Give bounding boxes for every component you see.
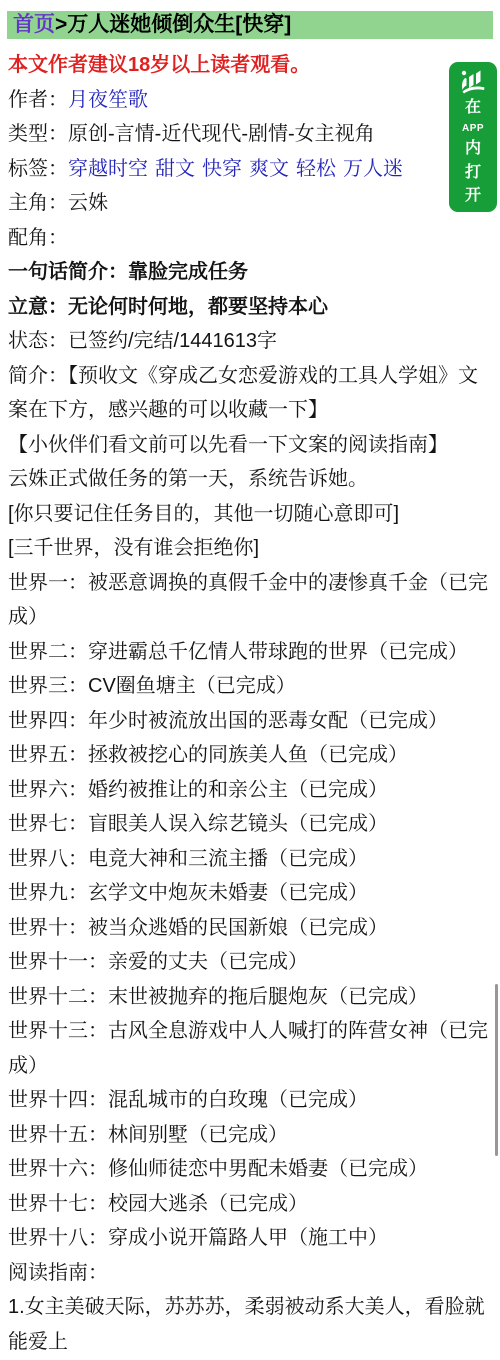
world-item: 世界十六：修仙师徒恋中男配未婚妻（已完成） [8,1152,492,1187]
open-in-app-label-char: 开 [465,188,481,204]
intro-opening: 简介：【预收文《穿成乙女恋爱游戏的工具人学姐》文案在下方，感兴趣的可以收藏一下】 [8,359,492,428]
tag-link[interactable]: 轻松 [296,158,336,180]
author-row: 作者：月夜笙歌 [8,83,492,118]
protagonist-row: 主角：云姝 [8,186,492,221]
world-item: 世界十五：林间别墅（已完成） [8,1118,492,1153]
world-item: 世界十：被当众逃婚的民国新娘（已完成） [8,911,492,946]
intro-paragraph: [你只要记住任务目的，其他一切随心意即可] [8,497,492,532]
intro-paragraph: [三千世界，没有谁会拒绝你] [8,531,492,566]
reading-guide-list: 1.女主美破天际，苏苏苏，柔弱被动系大美人，看脸就能爱上 [8,1290,492,1359]
type-label: 类型： [8,123,68,145]
one-line-summary-value: 靠脸完成任务 [128,261,248,283]
breadcrumb-separator: > [55,13,67,36]
supporting-label: 配角： [8,227,68,249]
status-label: 状态： [8,330,68,352]
world-item: 世界十四：混乱城市的白玫瑰（已完成） [8,1083,492,1118]
intro-paragraph: 云姝正式做任务的第一天，系统告诉她。 [8,462,492,497]
tag-link[interactable]: 穿越时空 [68,158,148,180]
theme-label: 立意： [8,296,68,318]
reading-guide-title: 阅读指南： [8,1256,492,1291]
tags-row: 标签：穿越时空甜文快穿爽文轻松万人迷 [8,152,492,187]
world-item: 世界十七：校园大逃杀（已完成） [8,1187,492,1222]
type-row: 类型：原创-言情-近代现代-剧情-女主视角 [8,117,492,152]
tag-list: 穿越时空甜文快穿爽文轻松万人迷 [68,158,403,180]
open-in-app-label-char: APP [462,124,484,134]
one-line-summary-label: 一句话简介： [8,261,128,283]
world-item: 世界十一：亲爱的丈夫（已完成） [8,945,492,980]
intro-label: 简介： [8,365,68,387]
world-list: 世界一：被恶意调换的真假千金中的凄惨真千金（已完成）世界二：穿进霸总千亿情人带球… [8,566,492,1256]
world-item: 世界四：年少时被流放出国的恶毒女配（已完成） [8,704,492,739]
open-in-app-button[interactable]: 在APP内打开 [449,62,497,212]
reading-guide-item: 1.女主美破天际，苏苏苏，柔弱被动系大美人，看脸就能爱上 [8,1290,492,1359]
page-title: 万人迷她倾倒众生[快穿] [67,13,291,36]
jinjiang-book-icon [457,69,489,97]
open-in-app-label-char: 打 [465,165,481,181]
tag-link[interactable]: 万人迷 [343,158,403,180]
intro-paragraph: 【小伙伴们看文前可以先看一下文案的阅读指南】 [8,428,492,463]
tag-link[interactable]: 爽文 [249,158,289,180]
open-in-app-label-char: 在 [465,100,481,116]
open-in-app-label-char: 内 [465,141,481,157]
status-row: 状态：已签约/完结/1441613字 [8,324,492,359]
age-notice: 本文作者建议18岁以上读者观看。 [8,48,492,83]
author-label: 作者： [8,89,68,111]
world-item: 世界五：拯救被挖心的同族美人鱼（已完成） [8,738,492,773]
scrollbar-thumb[interactable] [495,984,498,1156]
tag-link[interactable]: 快穿 [202,158,242,180]
world-item: 世界十二：末世被抛弃的拖后腿炮灰（已完成） [8,980,492,1015]
world-item: 世界十八：穿成小说开篇路人甲（施工中） [8,1221,492,1256]
intro-paragraphs: 【小伙伴们看文前可以先看一下文案的阅读指南】云姝正式做任务的第一天，系统告诉她。… [8,428,492,566]
protagonist-value: 云姝 [68,192,108,214]
one-line-summary-row: 一句话简介：靠脸完成任务 [8,255,492,290]
breadcrumb-home-link[interactable]: 首页 [13,13,55,36]
world-item: 世界二：穿进霸总千亿情人带球跑的世界（已完成） [8,635,492,670]
world-item: 世界九：玄学文中炮灰未婚妻（已完成） [8,876,492,911]
world-item: 世界六：婚约被推让的和亲公主（已完成） [8,773,492,808]
tags-label: 标签： [8,158,68,180]
author-link[interactable]: 月夜笙歌 [68,89,148,111]
supporting-row: 配角： [8,221,492,256]
novel-detail-page: 首页>万人迷她倾倒众生[快穿] 本文作者建议18岁以上读者观看。 作者：月夜笙歌… [0,0,500,1360]
breadcrumb: 首页>万人迷她倾倒众生[快穿] [7,11,493,39]
theme-row: 立意：无论何时何地，都要坚持本心 [8,290,492,325]
novel-info: 本文作者建议18岁以上读者观看。 作者：月夜笙歌 类型：原创-言情-近代现代-剧… [0,39,500,1359]
world-item: 世界八：电竞大神和三流主播（已完成） [8,842,492,877]
world-item: 世界十三：古风全息游戏中人人喊打的阵营女神（已完成） [8,1014,492,1083]
protagonist-label: 主角： [8,192,68,214]
tag-link[interactable]: 甜文 [155,158,195,180]
intro-opening-text: 【预收文《穿成乙女恋爱游戏的工具人学姐》文案在下方，感兴趣的可以收藏一下】 [8,365,478,422]
type-value: 原创-言情-近代现代-剧情-女主视角 [68,123,375,145]
status-value: 已签约/完结/1441613字 [68,330,277,352]
world-item: 世界三：CV圈鱼塘主（已完成） [8,669,492,704]
theme-value: 无论何时何地，都要坚持本心 [68,296,328,318]
world-item: 世界七：盲眼美人误入综艺镜头（已完成） [8,807,492,842]
world-item: 世界一：被恶意调换的真假千金中的凄惨真千金（已完成） [8,566,492,635]
open-in-app-label: 在APP内打开 [462,100,484,204]
